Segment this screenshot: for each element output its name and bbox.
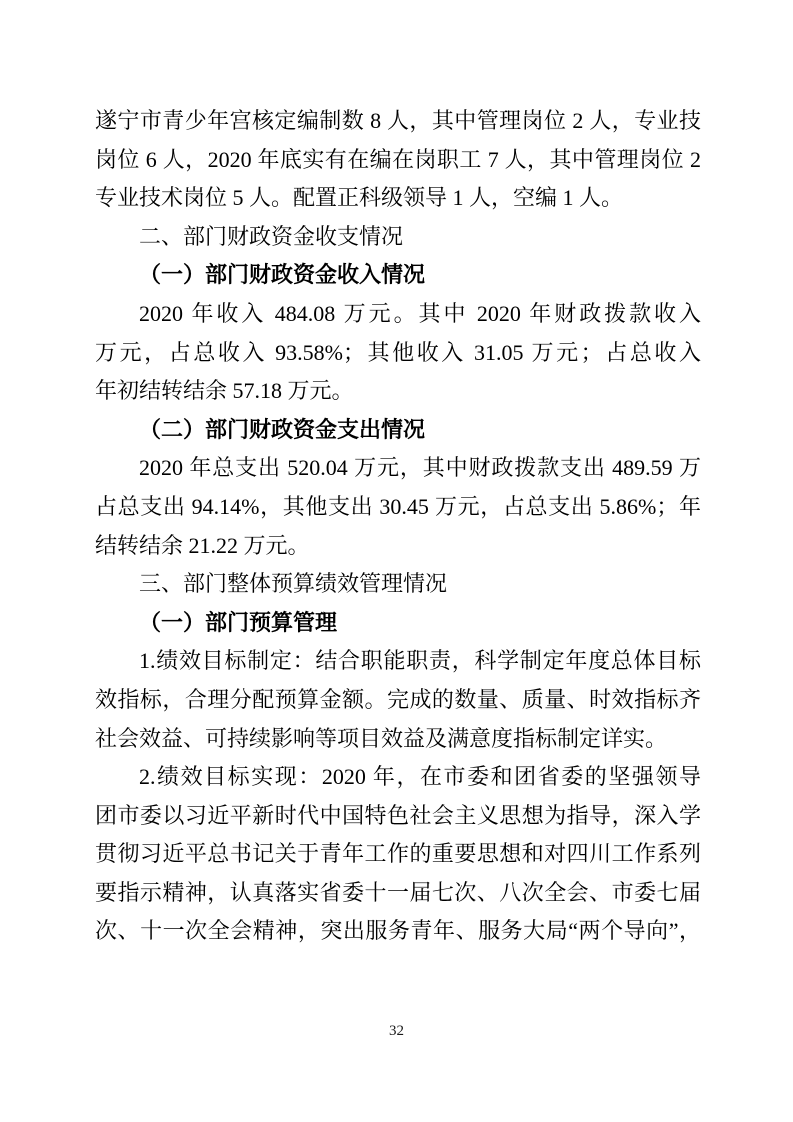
income-subsection-heading: （一）部门财政资金收入情况 [95,256,701,295]
goal-achievement-paragraph-line-5: 次、十一次全会精神，突出服务青年、服务大局“两个导向”， [95,912,701,951]
expense-subsection-heading: （二）部门财政资金支出情况 [95,411,701,450]
income-paragraph-line-3: 年初结转结余 57.18 万元。 [95,372,701,411]
income-paragraph-line-1: 2020 年收入 484.08 万元。其中 2020 年财政拨款收入 453.0… [95,295,701,334]
carryover-paragraph-line-3: 专业技术岗位 5 人。配置正科级领导 1 人，空编 1 人。 [95,179,701,218]
document-page: 遂宁市青少年宫核定编制数 8 人，其中管理岗位 2 人，专业技术 岗位 6 人，… [0,0,793,1122]
expense-paragraph-line-3: 结转结余 21.22 万元。 [95,527,701,566]
budget-management-subsection-heading: （一）部门预算管理 [95,604,701,643]
expense-paragraph-line-1: 2020 年总支出 520.04 万元，其中财政拨款支出 489.59 万元， [95,449,701,488]
goal-achievement-paragraph-line-3: 贯彻习近平总书记关于青年工作的重要思想和对四川工作系列重 [95,835,701,874]
income-paragraph-line-2: 万元，占总收入 93.58%；其他收入 31.05 万元；占总收入 6.42%， [95,334,701,373]
document-body: 遂宁市青少年宫核定编制数 8 人，其中管理岗位 2 人，专业技术 岗位 6 人，… [95,102,701,951]
section-3-heading: 三、部门整体预算绩效管理情况 [95,565,701,604]
page-number: 32 [0,1022,793,1040]
goal-achievement-paragraph-line-1: 2.绩效目标实现：2020 年，在市委和团省委的坚强领导下， [95,758,701,797]
goal-setting-paragraph-line-1: 1.绩效目标制定：结合职能职责，科学制定年度总体目标和绩 [95,642,701,681]
goal-achievement-paragraph-line-2: 团市委以习近平新时代中国特色社会主义思想为指导，深入学习 [95,797,701,836]
goal-achievement-paragraph-line-4: 要指示精神，认真落实省委十一届七次、八次全会、市委七届十 [95,874,701,913]
carryover-paragraph-line-1: 遂宁市青少年宫核定编制数 8 人，其中管理岗位 2 人，专业技术 [95,102,701,141]
section-2-heading: 二、部门财政资金收支情况 [95,218,701,257]
goal-setting-paragraph-line-2: 效指标，合理分配预算金额。完成的数量、质量、时效指标齐全， [95,681,701,720]
expense-paragraph-line-2: 占总支出 94.14%，其他支出 30.45 万元，占总支出 5.86%；年末 [95,488,701,527]
goal-setting-paragraph-line-3: 社会效益、可持续影响等项目效益及满意度指标制定详实。 [95,720,701,759]
carryover-paragraph-line-2: 岗位 6 人，2020 年底实有在编在岗职工 7 人，其中管理岗位 2 人， [95,141,701,180]
